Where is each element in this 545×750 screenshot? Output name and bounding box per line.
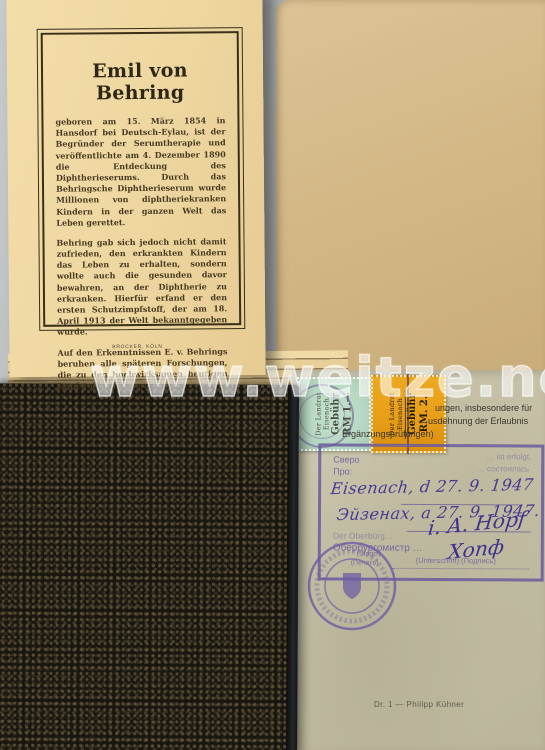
card-paragraph: geboren am 15. März 1854 in Hansdorf bei… (55, 115, 226, 228)
official-round-seal (305, 539, 399, 633)
black-book-cover (0, 383, 299, 750)
behring-info-card: Emil von Behring geboren am 15. März 185… (6, 0, 265, 377)
printer-imprint-permit: Dr. 1 — Philipp Kühner (374, 700, 464, 709)
watermark-text: www.weitze.net (90, 346, 545, 409)
stamp-text-left: Про: (333, 466, 352, 476)
stamp-text-right: … ist erfolgt. (486, 452, 531, 461)
stamp-text-left: Сверо (333, 454, 359, 464)
signature-line-label: (Unterschrift) (Подпись) (416, 556, 496, 565)
handwritten-date-german: Eisenach, d 27. 9. 1947 (330, 475, 535, 498)
stamp-text-right: … состоялась (477, 464, 529, 473)
card-title: Emil von Behring (55, 59, 225, 104)
card-inner-frame: Emil von Behring geboren am 15. März 185… (41, 31, 242, 327)
seal-emblem-icon (305, 539, 399, 633)
card-border-frame: Emil von Behring geboren am 15. März 185… (37, 27, 246, 331)
printed-text-fragment: usdehnung der Erlaubnis (428, 416, 528, 426)
blank-booklet-page (276, 0, 545, 376)
signature-line (393, 568, 529, 570)
card-paragraph: Behring gab sich jedoch nicht damit zufr… (56, 236, 227, 338)
printed-text-fragment: Ergänzungsprüfungen) (342, 429, 434, 439)
permit-page: Der Landrat Eisenach Gebühr RM 1.— Der L… (292, 370, 545, 750)
